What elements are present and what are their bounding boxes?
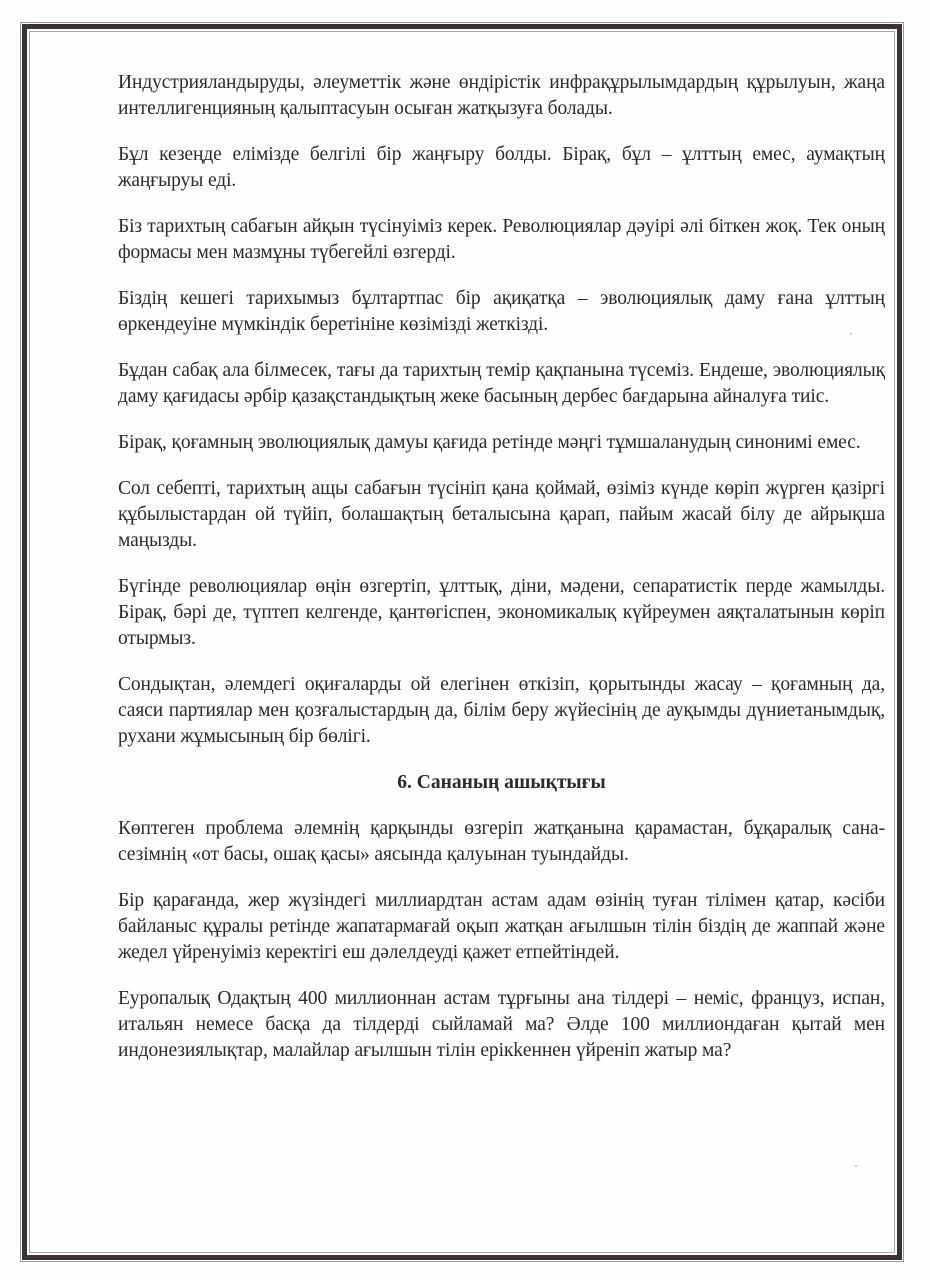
paragraph-mass-consciousness: Көптеген проблема әлемнің қарқынды өзгер… bbox=[118, 816, 885, 868]
paragraph-history-lesson: Біз тарихтың сабағын айқын түсінуіміз ке… bbox=[118, 214, 885, 266]
paragraph-english-language: Бір қарағанда, жер жүзіндегі миллиардтан… bbox=[118, 888, 885, 966]
paragraph-not-isolation: Бірақ, қоғамның эволюциялық дамуы қағида… bbox=[118, 430, 885, 456]
paragraph-evolutionary-development: Біздің кешегі тарихымыз бұлтартпас бір а… bbox=[118, 286, 885, 338]
paragraph-future-outlook: Сол себепті, тарихтың ащы сабағын түсіні… bbox=[118, 476, 885, 554]
scan-speck bbox=[855, 1165, 857, 1167]
paragraph-iron-trap: Бұдан сабақ ала білмесек, тағы да тарихт… bbox=[118, 358, 885, 410]
paragraph-conclusions: Сондықтан, әлемдегі оқиғаларды ой елегін… bbox=[118, 672, 885, 750]
paragraph-revolutions-today: Бүгінде революциялар өңін өзгертіп, ұлтт… bbox=[118, 574, 885, 652]
paragraph-industrialization: Индустрияландыруды, әлеуметтік және өнді… bbox=[118, 70, 885, 122]
document-body: Индустрияландыруды, әлеуметтік және өнді… bbox=[118, 70, 885, 1084]
section-heading: 6. Сананың ашықтығы bbox=[118, 770, 885, 796]
paragraph-european-union: Еуропалық Одақтың 400 миллионнан астам т… bbox=[118, 986, 885, 1064]
paragraph-modernization: Бұл кезеңде елімізде белгілі бір жаңғыру… bbox=[118, 142, 885, 194]
